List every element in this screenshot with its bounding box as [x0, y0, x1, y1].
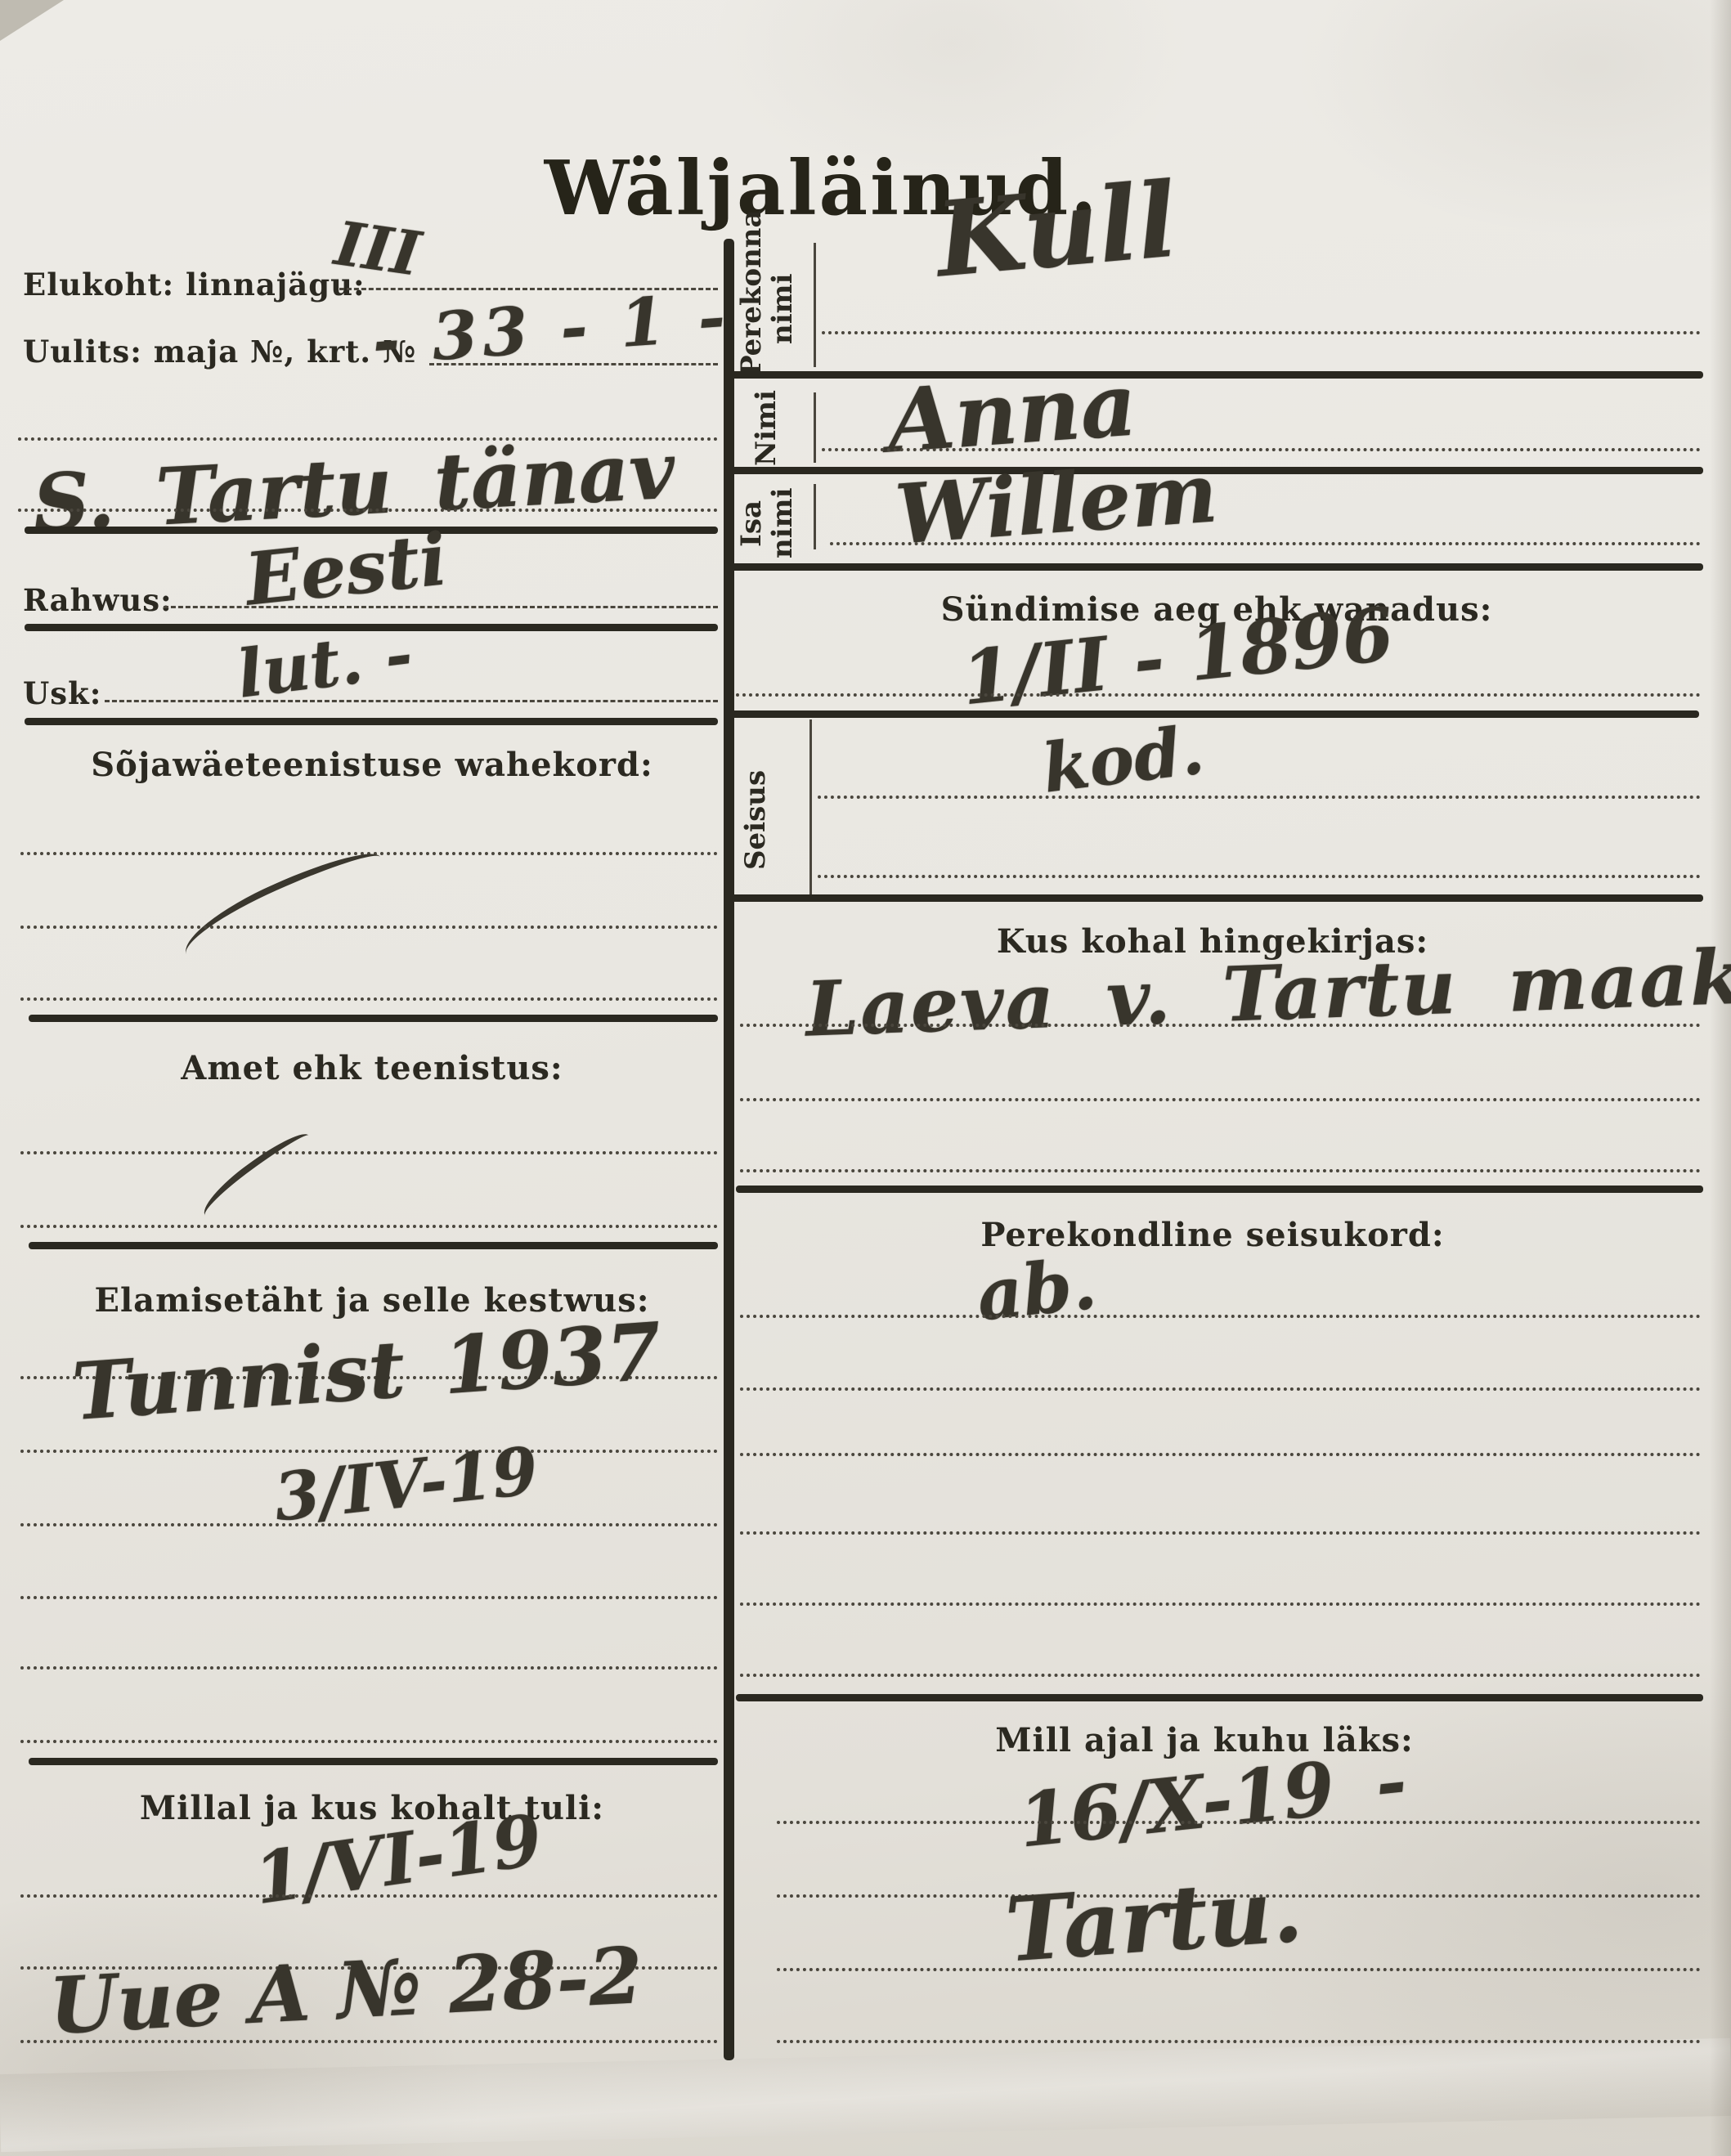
dotted-line [740, 1453, 1701, 1456]
section-divider-line [736, 1186, 1703, 1193]
paper-torn-corner [0, 0, 64, 41]
dotted-line [740, 1024, 1701, 1027]
handwritten-perekonna-nimi: Kull [932, 168, 1181, 291]
dotted-line [20, 1666, 718, 1670]
dotted-line [740, 1387, 1701, 1391]
dotted-line [777, 1821, 1701, 1824]
handwritten-isa-nimi: Willem [893, 451, 1220, 555]
handwritten-elamisetaht: Tunnist 1937 [70, 1312, 664, 1432]
dotted-line [20, 1225, 718, 1228]
dotted-line [740, 1531, 1701, 1535]
section-divider-line [730, 563, 1703, 571]
field-label-uulits: Uulits: maja №, krt. № [23, 334, 416, 370]
handwritten-stroke-amet [195, 1126, 320, 1228]
section-divider-line [29, 1242, 718, 1249]
handwritten-usk: lut. - [234, 621, 416, 707]
handwritten-millal-note: Uue A № 28-2 [47, 1937, 644, 2046]
field-label-isa-nimi: Isa nimi [736, 478, 798, 568]
dotted-line [18, 509, 718, 512]
field-label-elukoht: Elukoht: linnajägu: [23, 267, 365, 303]
section-heading-mill-ajal: Mill ajal ja kuhu läks: [730, 1721, 1679, 1759]
dashed-line [164, 606, 718, 608]
section-divider-line [730, 371, 1703, 379]
dotted-line [20, 2040, 718, 2043]
handwritten-stroke-sojawae [175, 840, 386, 957]
handwritten-mill-ajal-place: Tartu. [1003, 1866, 1306, 1974]
paper-crease [0, 2038, 1731, 2152]
dotted-line [818, 796, 1701, 799]
dotted-line [777, 1968, 1701, 1971]
section-divider-line [25, 718, 718, 725]
dotted-line [777, 2040, 1701, 2043]
section-divider-line [29, 1758, 718, 1765]
section-divider-line [730, 467, 1703, 474]
section-heading-amet: Amet ehk teenistus: [0, 1049, 744, 1087]
dotted-line [20, 926, 718, 929]
section-divider-line [29, 1015, 718, 1022]
section-divider-line [730, 894, 1703, 902]
section-heading-perekondline: Perekondline seisukord: [730, 1216, 1695, 1254]
paper-edge-shadow [1710, 0, 1731, 2156]
label-separator-line [809, 719, 812, 894]
field-label-perekonna-nimi: Perekonna nimi [736, 241, 798, 376]
dotted-line [822, 448, 1701, 451]
section-heading-sojawae: Sõjawäeteenistuse wahekord: [0, 746, 744, 784]
dotted-line [740, 1674, 1701, 1677]
dotted-line [20, 1523, 718, 1526]
field-label-nimi: Nimi [751, 391, 783, 466]
dotted-line [822, 331, 1701, 334]
label-separator-line [814, 243, 816, 367]
section-divider-line [730, 710, 1699, 718]
handwritten-uulits: - 33 - 1 - [370, 284, 733, 374]
dotted-line [740, 1098, 1701, 1101]
handwritten-mill-ajal: 16/X-19 - [1016, 1744, 1410, 1858]
dashed-line [105, 700, 718, 702]
dotted-line [20, 1151, 718, 1154]
dotted-line [20, 997, 718, 1001]
label-separator-line [814, 484, 816, 549]
dotted-line [20, 1894, 718, 1898]
dotted-line [736, 693, 1701, 697]
dotted-line [740, 1169, 1701, 1172]
registration-card: Wäljaläinud. Elukoht: linnajägu: III Uul… [0, 0, 1731, 2156]
dashed-line [429, 363, 718, 365]
handwritten-seisus: kod. [1039, 716, 1208, 802]
dotted-line [20, 1596, 718, 1599]
dotted-line [20, 1740, 718, 1743]
dotted-line [818, 875, 1701, 878]
field-label-usk: Usk: [23, 675, 101, 711]
label-separator-line [814, 392, 816, 463]
handwritten-perekondline: ab. [974, 1249, 1100, 1332]
column-divider [724, 239, 734, 2060]
dotted-line [740, 1315, 1701, 1318]
field-label-seisus: Seisus [740, 759, 778, 881]
handwritten-rahwus: Eesti [242, 522, 451, 615]
dotted-line [830, 542, 1701, 545]
handwritten-elukoht: III [331, 213, 424, 285]
section-divider-line [736, 1694, 1703, 1701]
dotted-line [740, 1602, 1701, 1606]
field-label-rahwus: Rahwus: [23, 582, 173, 618]
